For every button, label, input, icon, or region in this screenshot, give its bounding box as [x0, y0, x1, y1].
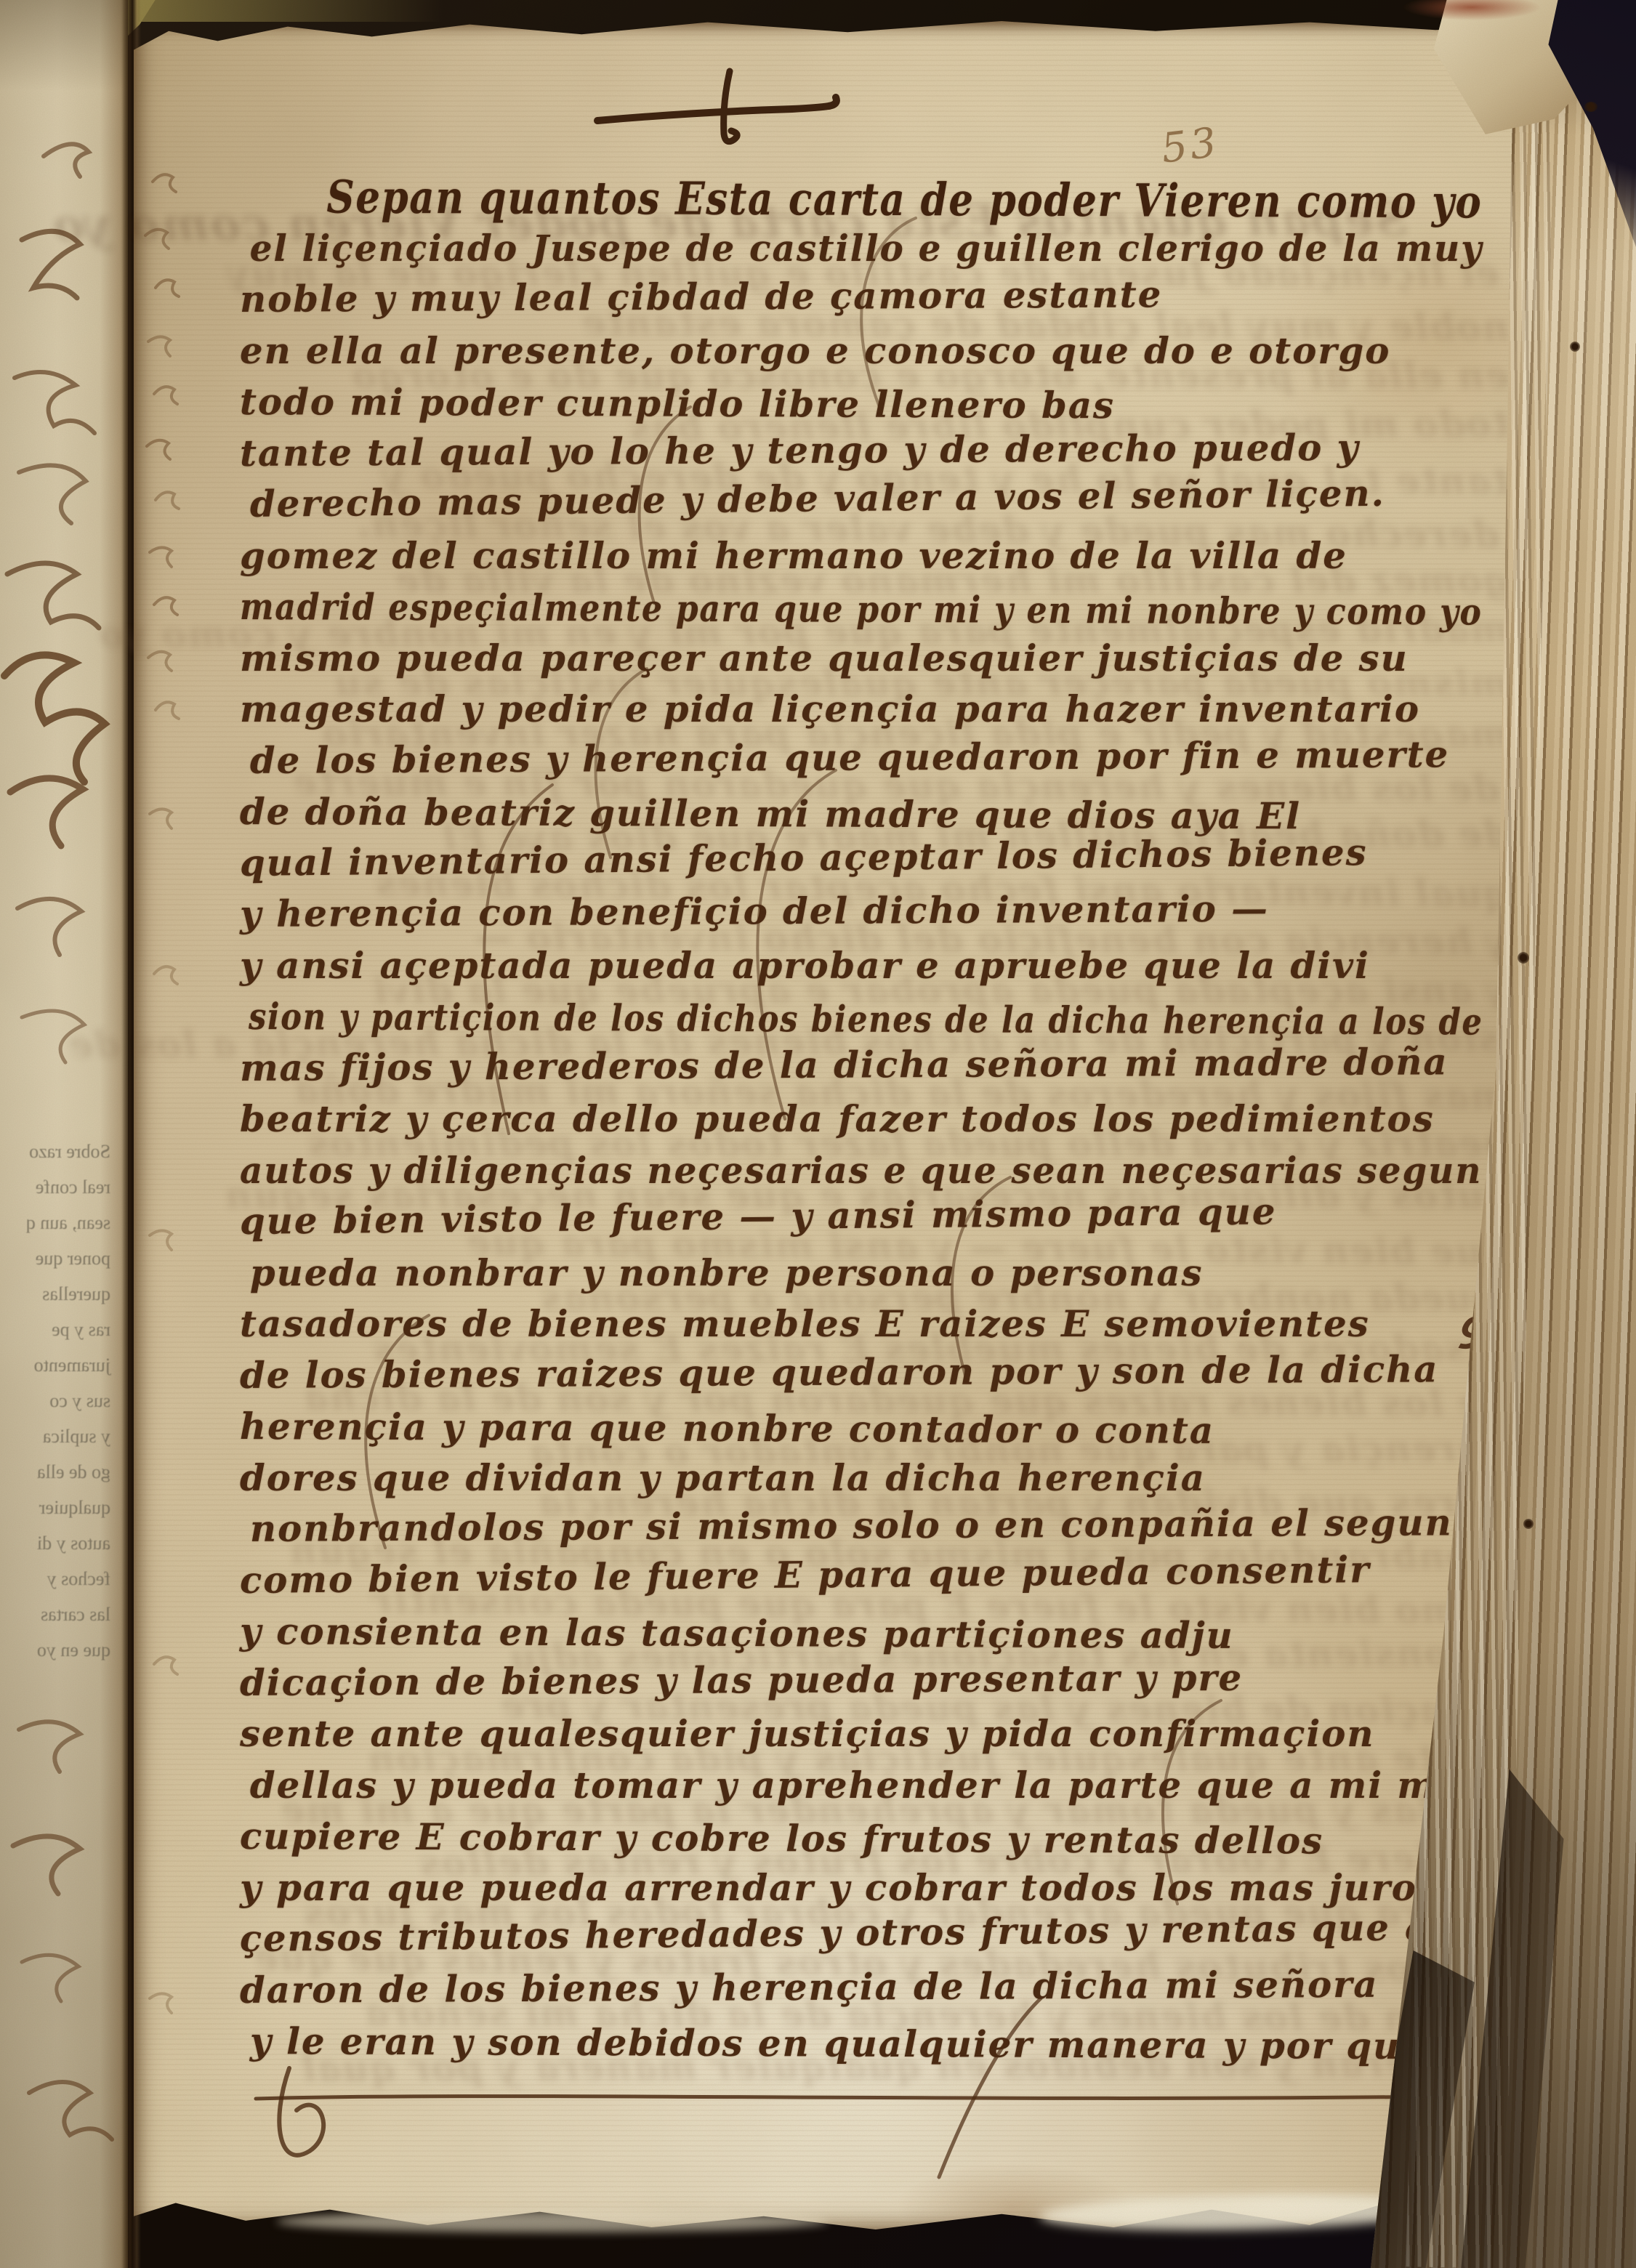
manuscript-photo: Sobre razoreal confesean, aun qponer que…: [0, 0, 1636, 2268]
paper-grain-texture: [0, 0, 1636, 2268]
